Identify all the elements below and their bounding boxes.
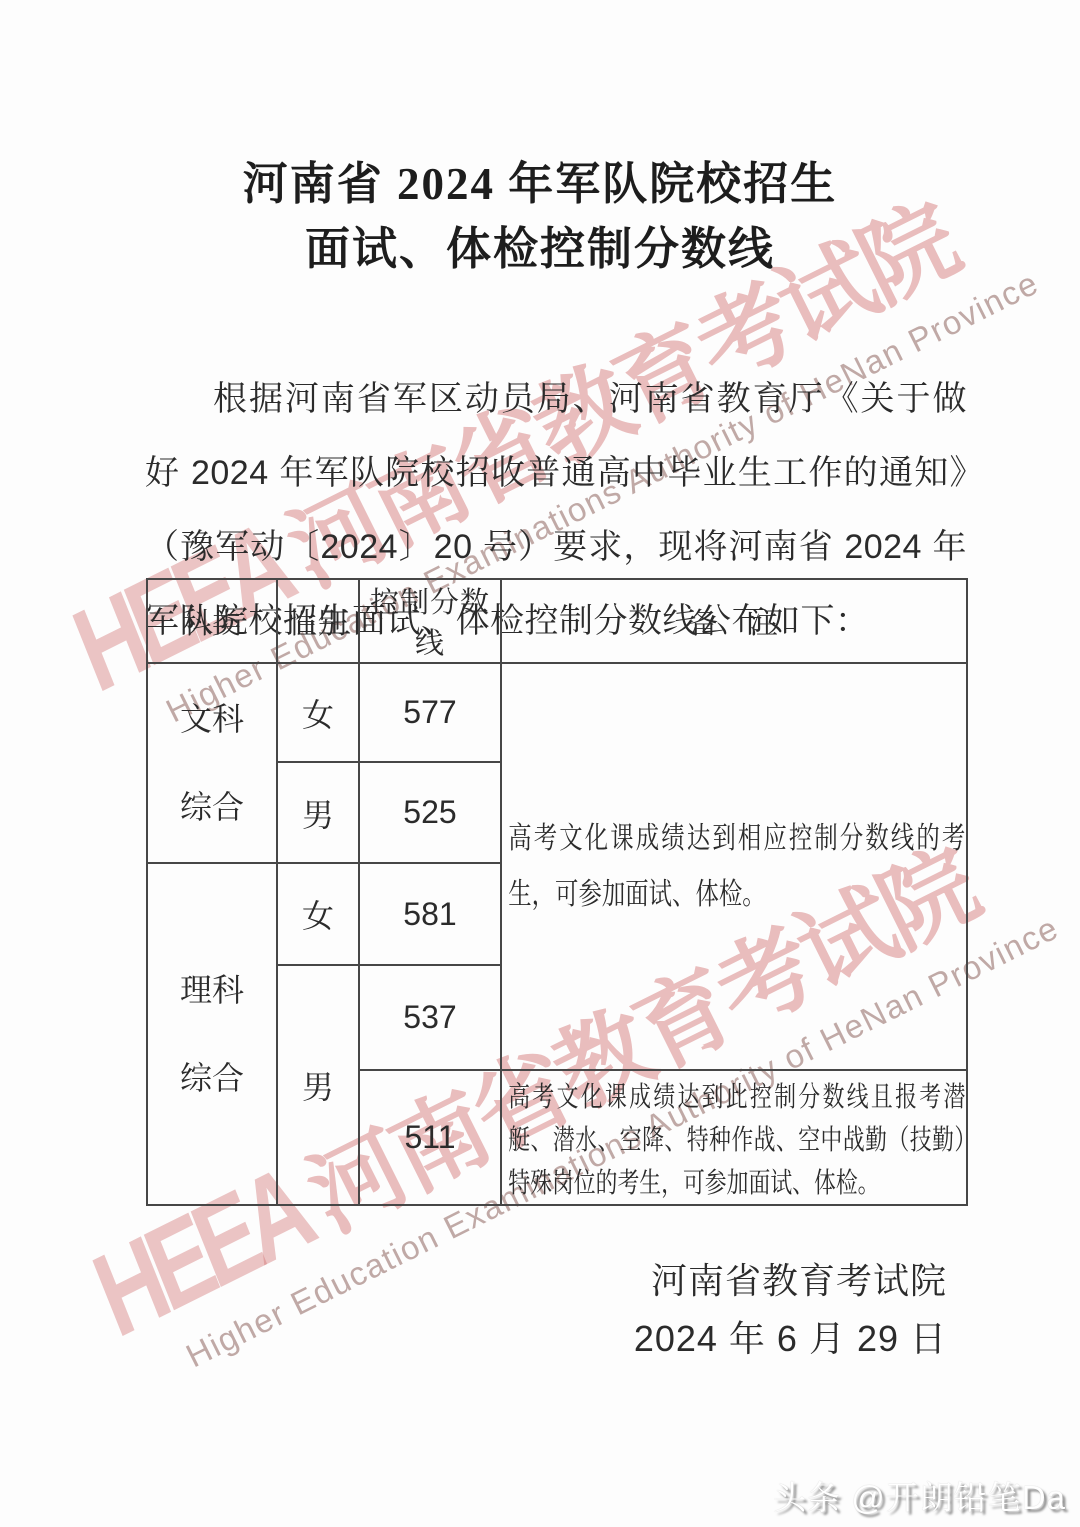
cell-gender-liberal-male: 男 bbox=[277, 762, 359, 863]
toutiao-credit-watermark: 头条 @开朗铅笔Da bbox=[773, 1472, 1066, 1519]
table-row-liberal-female: 文科综合 女 577 高考文化课成绩达到相应控制分数线的考生，可参加面试、体检。 bbox=[147, 663, 967, 762]
cell-gender-science-male: 男 bbox=[277, 965, 359, 1205]
remark-special-text: 高考文化课成绩达到此控制分数线且报考潜艇、潜水、空降、特种作战、空中战勤（技勤）… bbox=[502, 1071, 965, 1204]
cell-remark-general: 高考文化课成绩达到相应控制分数线的考生，可参加面试、体检。 bbox=[501, 663, 967, 1070]
header-remark: 备 注 bbox=[501, 579, 967, 663]
cell-score-science-male-regular: 537 bbox=[359, 965, 501, 1070]
cell-gender-science-female: 女 bbox=[277, 863, 359, 965]
cell-category-science: 理科综合 bbox=[147, 863, 277, 1205]
document-title-line1: 河南省 2024 年军队院校招生 bbox=[0, 152, 1080, 217]
document-title-line2: 面试、体检控制分数线 bbox=[0, 217, 1080, 282]
category-science-label: 理科综合 bbox=[177, 946, 247, 1122]
signature-date: 2024 年 6 月 29 日 bbox=[634, 1316, 947, 1362]
cell-score-liberal-female: 577 bbox=[359, 663, 501, 762]
signature-issuer: 河南省教育考试院 bbox=[634, 1258, 947, 1304]
header-gender: 性别 bbox=[277, 579, 359, 663]
table-header-row: 科类 性别 控制分数线 备 注 bbox=[147, 579, 967, 663]
header-score-line: 控制分数线 bbox=[359, 579, 501, 663]
cell-category-liberal-arts: 文科综合 bbox=[147, 663, 277, 863]
category-liberal-arts-label: 文科综合 bbox=[177, 675, 247, 851]
cell-score-science-female: 581 bbox=[359, 863, 501, 965]
signature-block: 河南省教育考试院 2024 年 6 月 29 日 bbox=[634, 1258, 947, 1362]
score-line-table: 科类 性别 控制分数线 备 注 文科综合 女 577 高考文化课成绩达到相应控制… bbox=[146, 578, 968, 1206]
cell-score-science-male-special: 511 bbox=[359, 1070, 501, 1205]
remark-general-text: 高考文化课成绩达到相应控制分数线的考生，可参加面试、体检。 bbox=[502, 811, 965, 923]
document-title: 河南省 2024 年军队院校招生 面试、体检控制分数线 bbox=[0, 152, 1080, 282]
header-category: 科类 bbox=[147, 579, 277, 663]
cell-gender-liberal-female: 女 bbox=[277, 663, 359, 762]
cell-score-liberal-male: 525 bbox=[359, 762, 501, 863]
cell-remark-special: 高考文化课成绩达到此控制分数线且报考潜艇、潜水、空降、特种作战、空中战勤（技勤）… bbox=[501, 1070, 967, 1205]
